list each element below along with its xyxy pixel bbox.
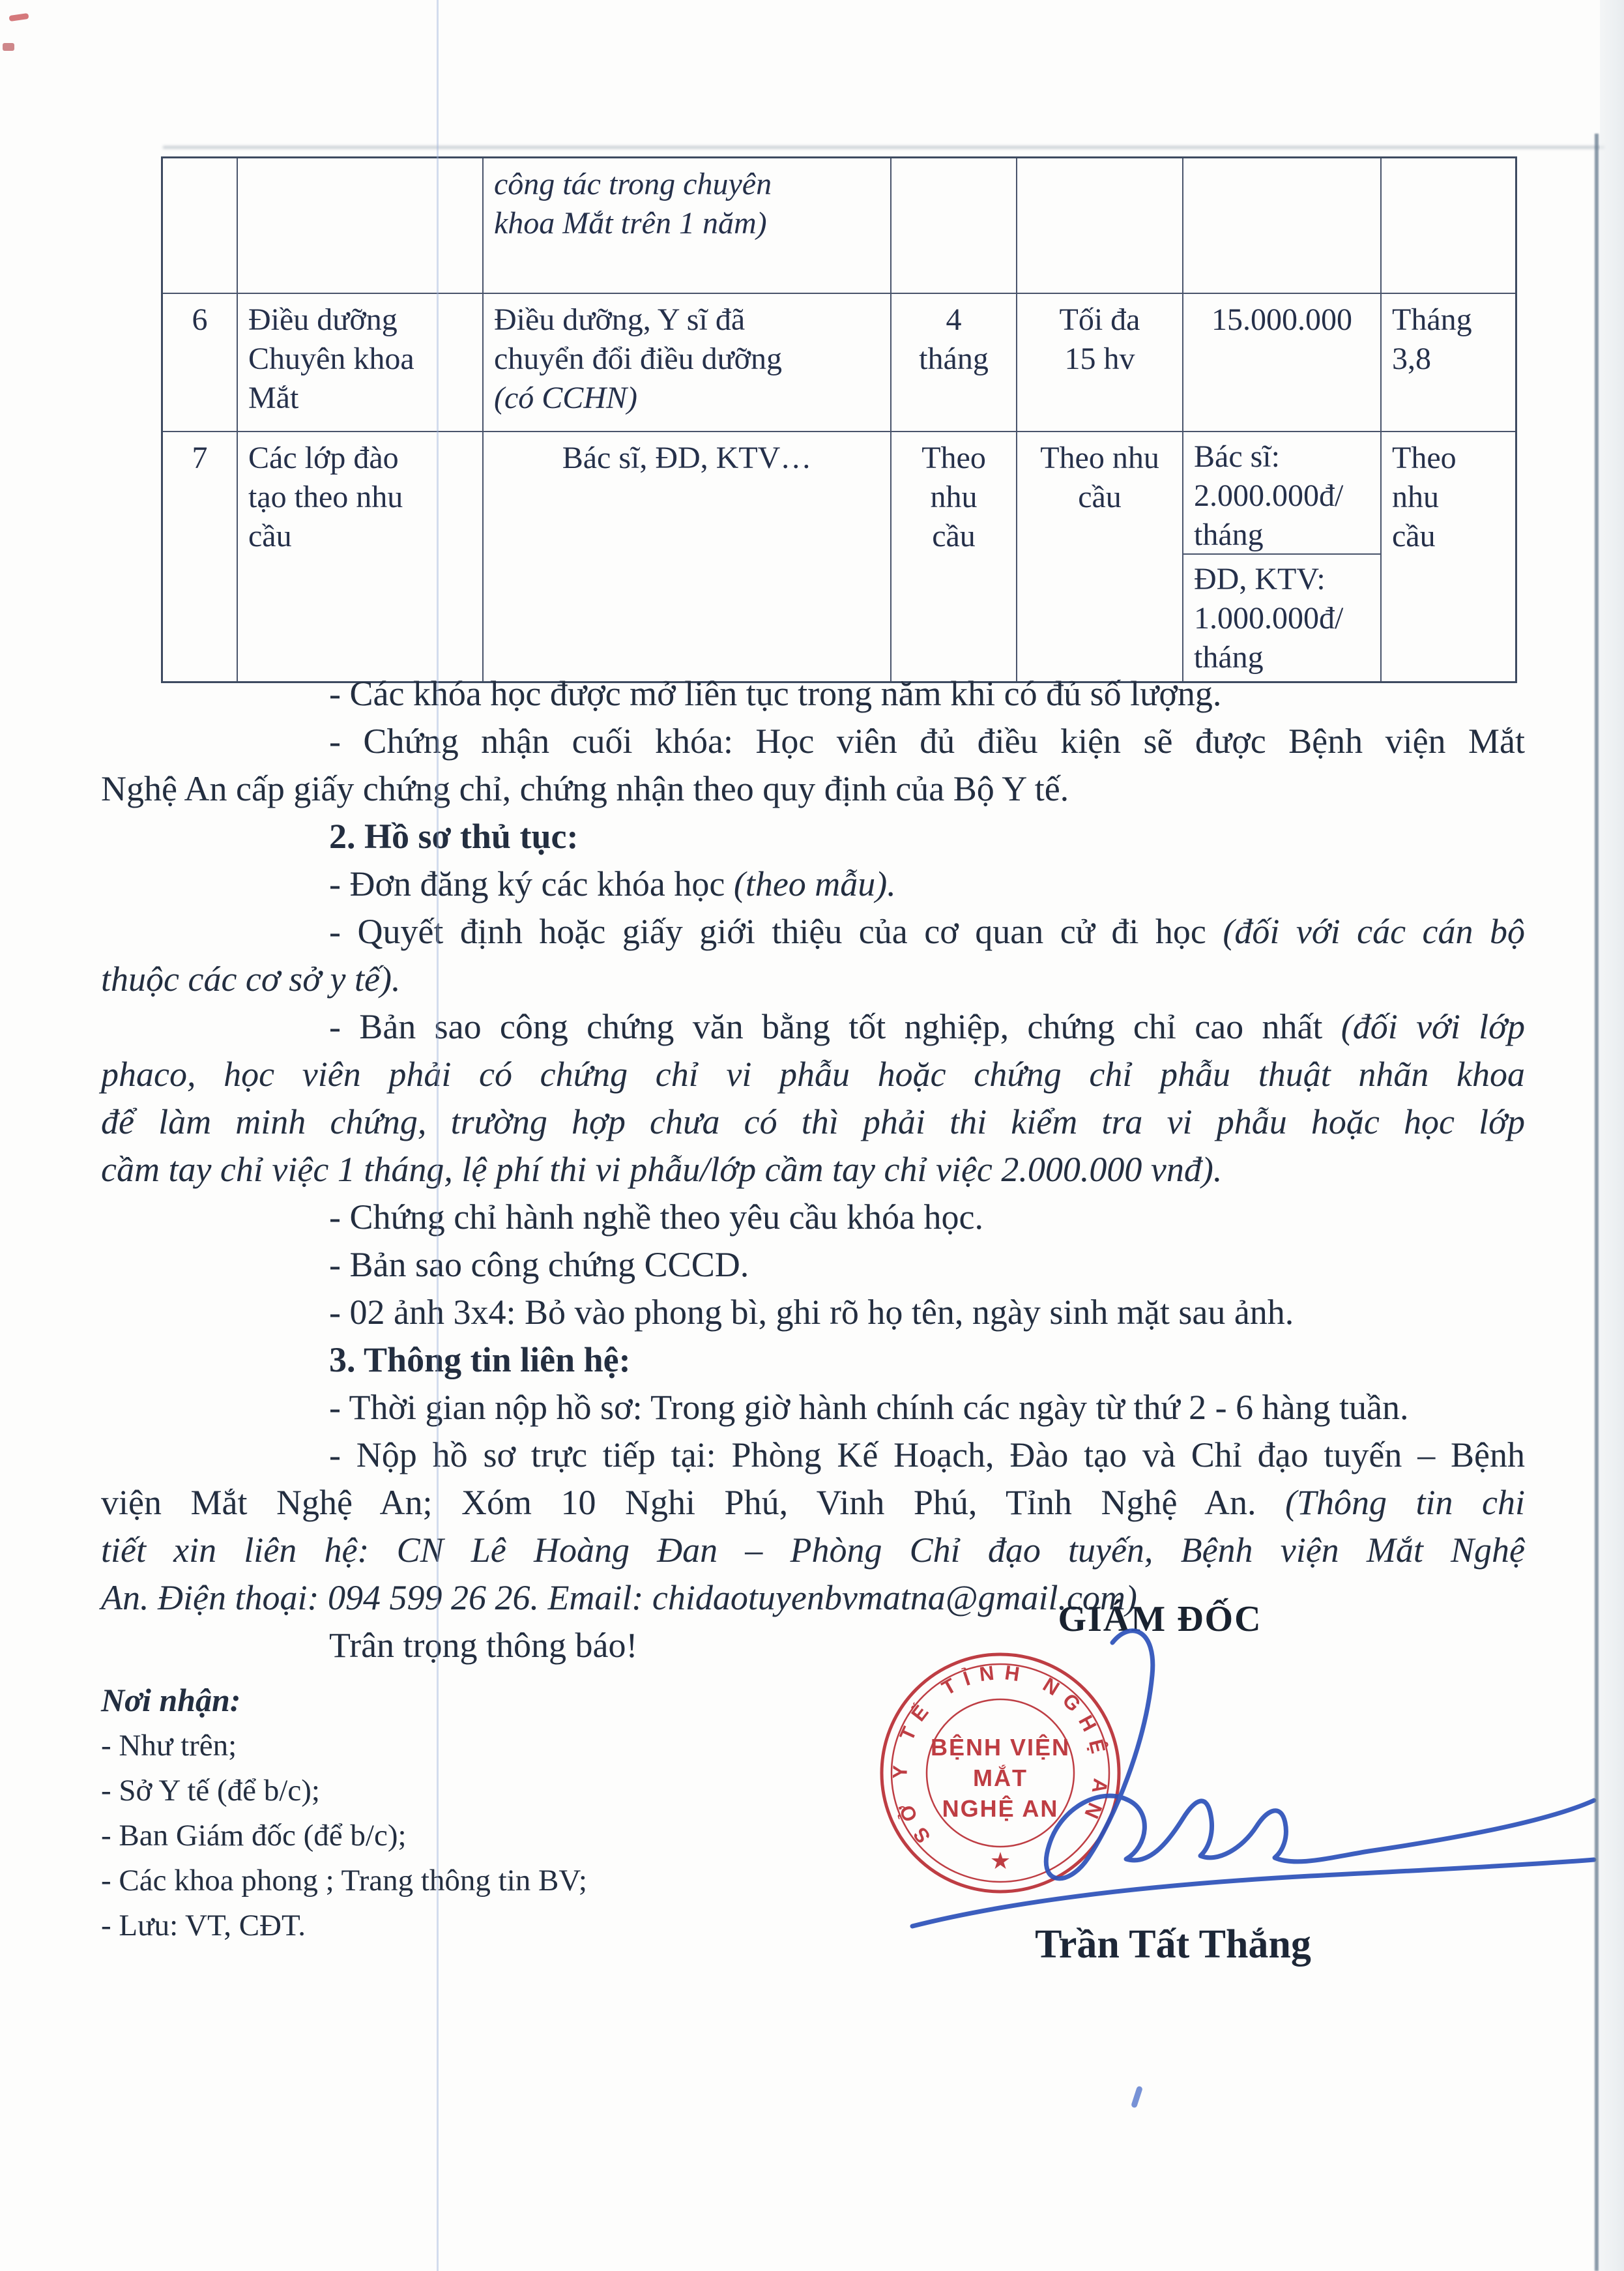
body-text-segment: - Chứng chỉ hành nghề theo yêu cầu khóa … [329,1197,983,1237]
cell-capacity-6: Tối đa15 hv [1017,294,1183,432]
table-cell-empty [163,158,238,294]
table-text-line: nhu [902,478,1006,517]
body-line: - Nộp hồ sơ trực tiếp tại: Phòng Kế Hoạc… [101,1431,1525,1479]
body-line: để làm minh chứng, trường hợp chưa có th… [101,1098,1525,1146]
table-text-line: 4 [902,300,1006,340]
cell-duration-7: Theonhucầu [892,432,1017,681]
body-text-segment: - Bản sao công chứng văn bằng tốt nghiệp… [329,1007,1341,1046]
recipients-block: Nơi nhận: - Như trên;- Sở Y tế (để b/c);… [101,1677,688,1948]
body-line: - Các khóa học được mở liên tục trong nă… [101,670,1525,718]
cell-row-number-6: 6 [163,294,238,432]
recipient-item: - Các khoa phong ; Trang thông tin BV; [101,1858,688,1903]
recipient-item: - Lưu: VT, CĐT. [101,1903,688,1948]
body-text-segment: Nghệ An cấp giấy chứng chỉ, chứng nhận t… [101,769,1069,808]
body-text-segment: tiết xin liên hệ: CN Lê Hoàng Đan – Phòn… [101,1531,1525,1570]
recipient-item: - Như trên; [101,1723,688,1768]
table-cell-empty [1382,158,1515,294]
body-text: - Các khóa học được mở liên tục trong nă… [101,670,1525,1669]
scanned-document-page: { "table": { "cells": [ {"row":1,"col":3… [0,0,1624,2271]
table-text-line: Theo [1392,439,1505,478]
body-text-segment: (Thông tin chi [1285,1483,1525,1522]
body-line: viện Mắt Nghệ An; Xóm 10 Nghi Phú, Vinh … [101,1479,1525,1527]
body-text-segment: - Nộp hồ sơ trực tiếp tại: Phòng Kế Hoạc… [329,1435,1525,1474]
body-text-segment: - Các khóa học được mở liên tục trong nă… [329,674,1221,713]
body-text-segment: 3. Thông tin liên hệ: [329,1340,631,1379]
table-text-line: (có CCHN) [494,379,880,418]
table-text-line: ĐD, KTV: [1194,560,1370,599]
body-text-segment: (theo mẫu). [734,864,896,903]
cell-month-7: Theonhucầu [1382,432,1515,681]
cell-fee-6: 15.000.000 [1183,294,1382,432]
cell-course-name-6: Điều dưỡngChuyên khoaMắt [238,294,484,432]
body-line: - Đơn đăng ký các khóa học (theo mẫu). [101,860,1525,908]
recipients-list: - Như trên;- Sở Y tế (để b/c);- Ban Giám… [101,1723,688,1948]
recipient-item: - Sở Y tế (để b/c); [101,1768,688,1813]
table-subcell: ĐD, KTV:1.000.000đ/tháng [1183,553,1380,681]
body-text-segment: thuộc các cơ sở y tế). [101,960,400,999]
table-text-line: 1.000.000đ/ [1194,599,1370,638]
table-text-line: 6 [173,300,226,340]
table-text-line: Tối đa [1028,300,1172,340]
body-text-segment: - 02 ảnh 3x4: Bỏ vào phong bì, ghi rõ họ… [329,1293,1294,1332]
cell-month-6: Tháng3,8 [1382,294,1515,432]
table-text-line: Theo [902,439,1006,478]
body-text-segment: 2. Hồ sơ thủ tục: [329,817,578,856]
signature-stroke-underline [912,1860,1594,1926]
body-text-segment: Trân trọng thông báo! [329,1626,637,1665]
table-cell-empty [238,158,484,294]
table-text-line: cầu [1392,517,1505,556]
table-text-line: 3,8 [1392,340,1505,379]
signature-ink [828,1564,1610,1995]
cell-fee-7: Bác sĩ:2.000.000đ/thángĐD, KTV:1.000.000… [1183,432,1382,681]
recipient-item: - Ban Giám đốc (để b/c); [101,1813,688,1858]
table-text-line: 7 [173,439,226,478]
body-text-segment: cầm tay chỉ việc 1 tháng, lệ phí thi vi … [101,1150,1222,1189]
table-text-line: Điều dưỡng, Y sĩ đã [494,300,880,340]
body-line: - Chứng nhận cuối khóa: Học viên đủ điều… [101,718,1525,765]
body-text-segment: - Bản sao công chứng CCCD. [329,1245,749,1284]
body-line: cầm tay chỉ việc 1 tháng, lệ phí thi vi … [101,1146,1525,1194]
red-scan-mark [9,13,29,22]
table-text-line: Tháng [1392,300,1505,340]
cell-eligibility-continued: công tác trong chuyênkhoa Mắt trên 1 năm… [484,158,892,294]
cell-row-number-7: 7 [163,432,238,681]
table-text-line: 15.000.000 [1194,300,1370,340]
table-text-line: tháng [902,340,1006,379]
red-scan-mark [3,43,14,51]
body-text-segment: phaco, học viên phải có chứng chỉ vi phẫ… [101,1055,1525,1094]
table-text-line: 2.000.000đ/ [1194,476,1370,516]
body-line: - 02 ảnh 3x4: Bỏ vào phong bì, ghi rõ họ… [101,1289,1525,1336]
table-text-line: 15 hv [1028,340,1172,379]
body-text-segment: - Thời gian nộp hồ sơ: Trong giờ hành ch… [329,1388,1409,1427]
body-line: - Thời gian nộp hồ sơ: Trong giờ hành ch… [101,1384,1525,1431]
table-cell-empty [1183,158,1382,294]
table-text-line: Theo nhu [1028,439,1172,478]
body-line: - Bản sao công chứng văn bằng tốt nghiệp… [101,1003,1525,1051]
body-line: Nghệ An cấp giấy chứng chỉ, chứng nhận t… [101,765,1525,813]
body-line: - Chứng chỉ hành nghề theo yêu cầu khóa … [101,1194,1525,1241]
body-line: 2. Hồ sơ thủ tục: [101,813,1525,860]
cell-duration-6: 4tháng [892,294,1017,432]
cell-course-name-7: Các lớp đàotạo theo nhucầu [238,432,484,681]
page-edge-shading [1600,0,1624,2271]
body-text-segment: viện Mắt Nghệ An; Xóm 10 Nghi Phú, Vinh … [101,1483,1285,1522]
body-text-segment: để làm minh chứng, trường hợp chưa có th… [101,1102,1525,1141]
cell-eligibility-7: Bác sĩ, ĐD, KTV… [484,432,892,681]
body-line: 3. Thông tin liên hệ: [101,1336,1525,1384]
page-edge-line [1595,134,1599,2271]
table-text-line: Bác sĩ: [1194,437,1370,476]
vertical-scan-line-artifact [437,0,439,2271]
cell-eligibility-6: Điều dưỡng, Y sĩ đãchuyển đổi điều dưỡng… [484,294,892,432]
cell-capacity-7: Theo nhucầu [1017,432,1183,681]
body-text-segment: (đối với lớp [1341,1007,1525,1046]
body-line: - Quyết định hoặc giấy giới thiệu của cơ… [101,908,1525,956]
table-text-line: nhu [1392,478,1505,517]
recipients-heading: Nơi nhận: [101,1677,688,1723]
body-line: phaco, học viên phải có chứng chỉ vi phẫ… [101,1051,1525,1098]
body-text-segment: - Đơn đăng ký các khóa học [329,864,734,903]
table-text-line: Bác sĩ, ĐD, KTV… [494,439,880,478]
stray-ink-mark [1131,2085,1143,2108]
body-text-segment: - Quyết định hoặc giấy giới thiệu của cơ… [329,912,1223,951]
table-text-line: công tác trong chuyên [494,165,880,204]
table-text-line: cầu [902,517,1006,556]
table-cell-empty [892,158,1017,294]
signature-stroke-main [1046,1631,1594,1879]
body-text-segment: - Chứng nhận cuối khóa: Học viên đủ điều… [329,722,1525,761]
table-subcell: Bác sĩ:2.000.000đ/tháng [1183,432,1380,553]
table-top-scan-smear [163,146,1604,149]
body-text-segment: (đối với các cán bộ [1223,912,1525,951]
table-cell-empty [1017,158,1183,294]
table-text-line: khoa Mắt trên 1 năm) [494,204,880,243]
body-line: - Bản sao công chứng CCCD. [101,1241,1525,1289]
table-text-line: tháng [1194,516,1370,555]
course-table: công tác trong chuyênkhoa Mắt trên 1 năm… [161,156,1517,683]
body-line: thuộc các cơ sở y tế). [101,956,1525,1003]
table-text-line: chuyển đổi điều dưỡng [494,340,880,379]
table-text-line: cầu [1028,478,1172,517]
